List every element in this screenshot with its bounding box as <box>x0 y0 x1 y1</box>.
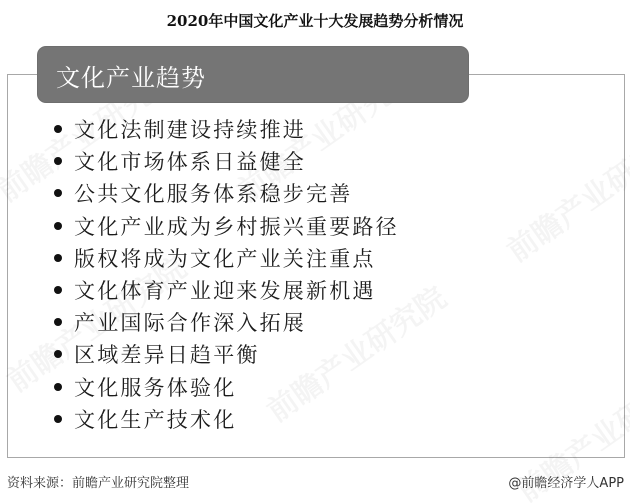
list-item: 公共文化服务体系稳步完善 <box>52 177 399 209</box>
list-item: 文化市场体系日益健全 <box>52 145 399 177</box>
bullet-icon <box>54 125 62 133</box>
bullet-icon <box>54 318 62 326</box>
trend-text: 公共文化服务体系稳步完善 <box>74 178 352 208</box>
trend-text: 文化市场体系日益健全 <box>74 146 306 176</box>
page-title: 2020年中国文化产业十大发展趋势分析情况 <box>0 10 630 31</box>
list-item: 文化生产技术化 <box>52 403 399 435</box>
list-item: 版权将成为文化产业关注重点 <box>52 242 399 274</box>
section-header: 文化产业趋势 <box>38 47 468 102</box>
bullet-icon <box>54 415 62 423</box>
bullet-icon <box>54 350 62 358</box>
bullet-icon <box>54 286 62 294</box>
trend-text: 文化生产技术化 <box>74 404 236 434</box>
bullet-icon <box>54 157 62 165</box>
bullet-icon <box>54 222 62 230</box>
list-item: 文化产业成为乡村振兴重要路径 <box>52 210 399 242</box>
trend-text: 版权将成为文化产业关注重点 <box>74 243 376 273</box>
list-item: 文化服务体验化 <box>52 371 399 403</box>
list-item: 产业国际合作深入拓展 <box>52 306 399 338</box>
trend-text: 区域差异日趋平衡 <box>74 339 260 369</box>
trend-text: 文化产业成为乡村振兴重要路径 <box>74 211 399 241</box>
bullet-icon <box>54 383 62 391</box>
credit-note: @前瞻经济学人APP <box>508 472 624 491</box>
trend-text: 文化服务体验化 <box>74 372 236 402</box>
list-item: 区域差异日趋平衡 <box>52 338 399 370</box>
trend-text: 产业国际合作深入拓展 <box>74 307 306 337</box>
section-header-label: 文化产业趋势 <box>56 58 206 93</box>
bullet-icon <box>54 254 62 262</box>
trend-text: 文化体育产业迎来发展新机遇 <box>74 275 376 305</box>
source-note: 资料来源：前瞻产业研究院整理 <box>7 472 189 491</box>
list-item: 文化体育产业迎来发展新机遇 <box>52 274 399 306</box>
bullet-icon <box>54 189 62 197</box>
trend-text: 文化法制建设持续推进 <box>74 114 306 144</box>
trend-list: 文化法制建设持续推进 文化市场体系日益健全 公共文化服务体系稳步完善 文化产业成… <box>52 113 399 435</box>
list-item: 文化法制建设持续推进 <box>52 113 399 145</box>
